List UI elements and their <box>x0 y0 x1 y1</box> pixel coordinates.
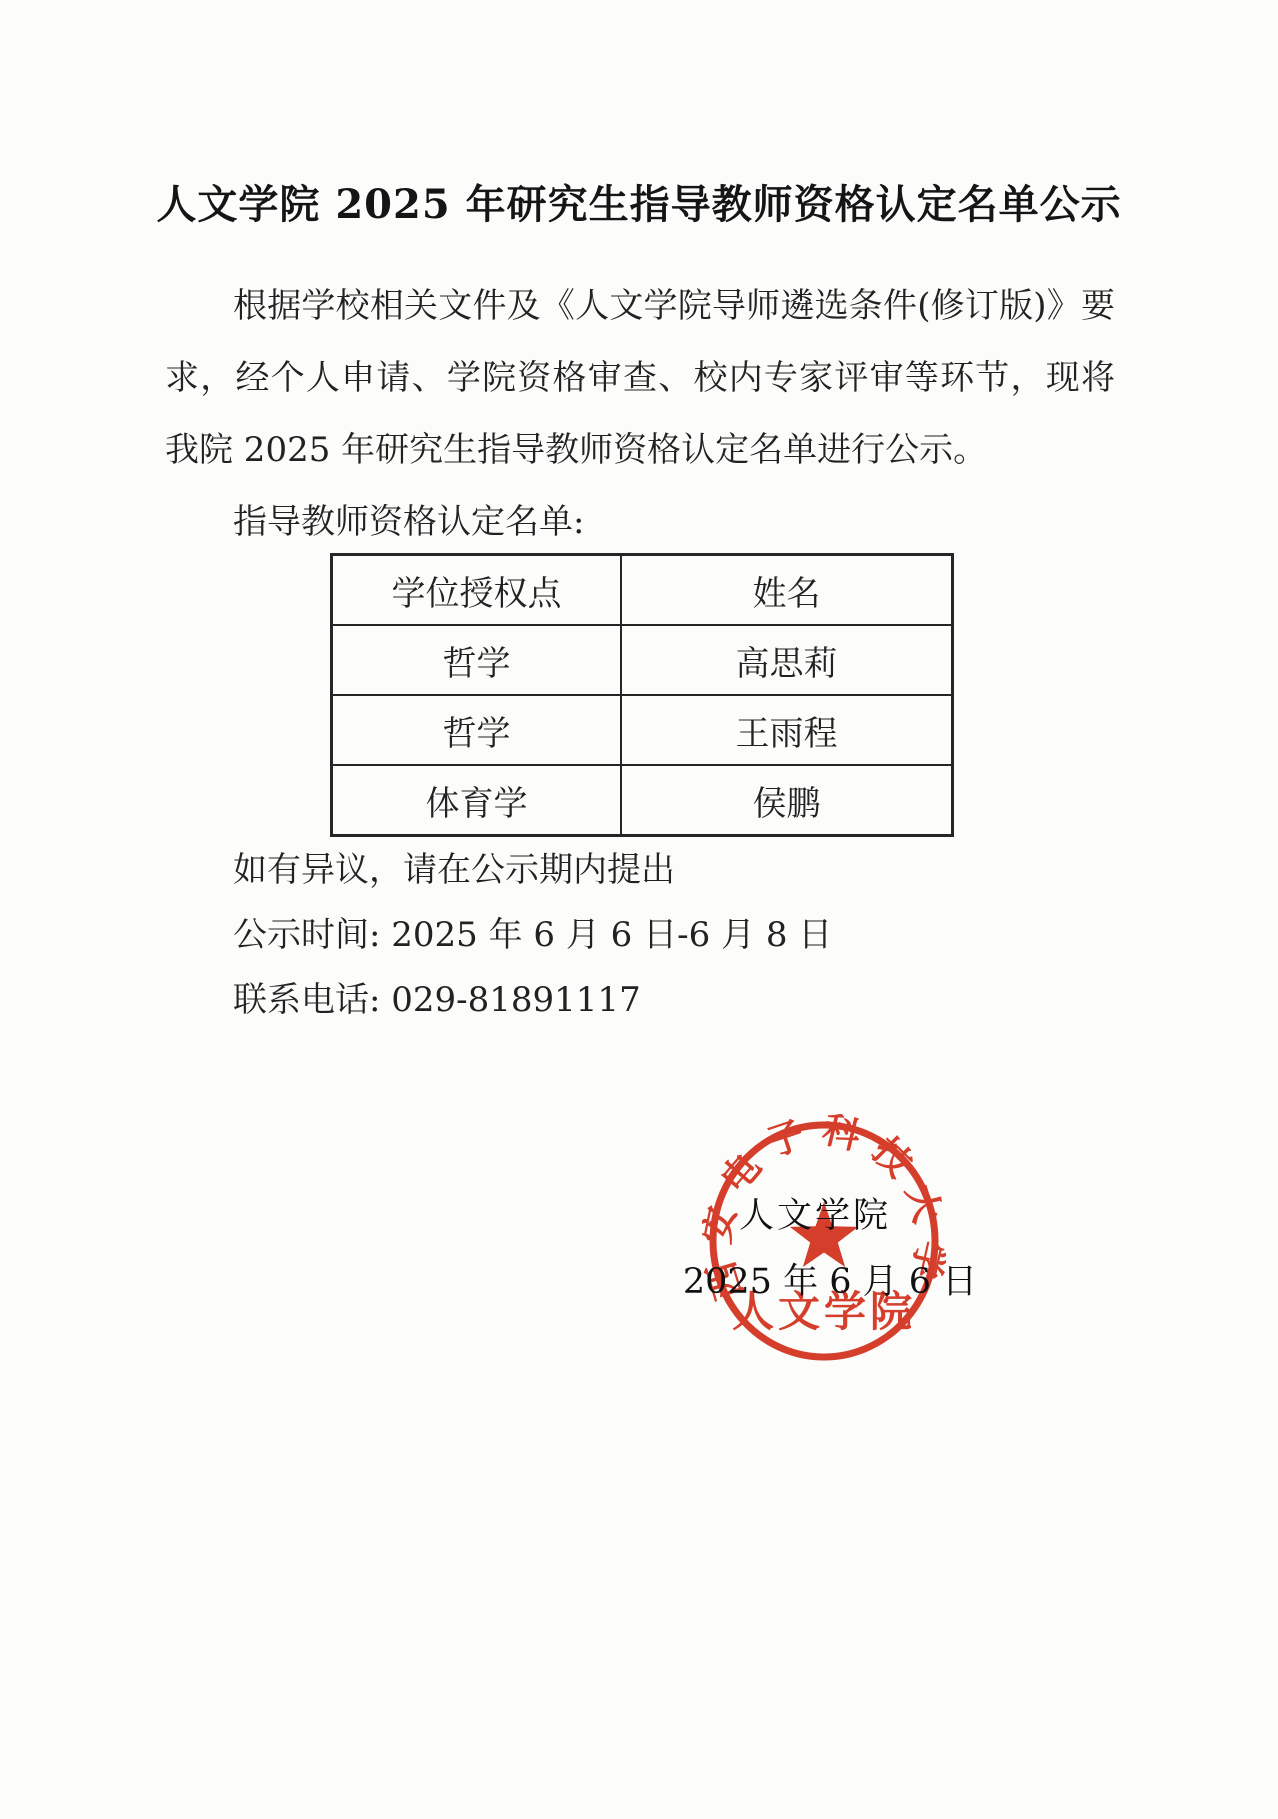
contact-phone-line: 联系电话: 029-81891117 <box>165 968 1115 1033</box>
table-row: 哲学 王雨程 <box>332 695 953 765</box>
objection-notice-line: 如有异议，请在公示期内提出 <box>165 838 1115 903</box>
page-title: 人文学院 2025 年研究生指导教师资格认定名单公示 <box>0 173 1278 230</box>
official-seal: 西安电子科技大学 人文学院 <box>702 1114 946 1368</box>
table-header-name: 姓名 <box>621 555 953 626</box>
name-cell: 侯鹏 <box>621 765 953 836</box>
list-intro: 指导教师资格认定名单: <box>165 486 1115 558</box>
table-header-row: 学位授权点 姓名 <box>332 555 953 626</box>
publicity-period-line: 公示时间: 2025 年 6 月 6 日-6 月 8 日 <box>165 903 1115 968</box>
signature-department: 人文学院 <box>665 1188 965 1238</box>
closing-text-block: 如有异议，请在公示期内提出 公示时间: 2025 年 6 月 6 日-6 月 8… <box>165 838 1115 1033</box>
name-cell: 高思莉 <box>621 625 953 695</box>
signature-date: 2025 年 6 月 6 日 <box>670 1254 990 1304</box>
body-text-block: 根据学校相关文件及《人文学院导师遴选条件(修订版)》要求，经个人申请、学院资格审… <box>165 270 1115 558</box>
name-cell: 王雨程 <box>621 695 953 765</box>
body-paragraph: 根据学校相关文件及《人文学院导师遴选条件(修订版)》要求，经个人申请、学院资格审… <box>165 270 1115 486</box>
announcement-page: 人文学院 2025 年研究生指导教师资格认定名单公示 根据学校相关文件及《人文学… <box>0 0 1278 1819</box>
table-row: 体育学 侯鹏 <box>332 765 953 836</box>
table-row: 哲学 高思莉 <box>332 625 953 695</box>
table-header-degree-point: 学位授权点 <box>332 555 622 626</box>
qualification-table: 学位授权点 姓名 哲学 高思莉 哲学 王雨程 体育学 侯鹏 <box>330 553 954 837</box>
degree-point-cell: 体育学 <box>332 765 622 836</box>
degree-point-cell: 哲学 <box>332 695 622 765</box>
degree-point-cell: 哲学 <box>332 625 622 695</box>
